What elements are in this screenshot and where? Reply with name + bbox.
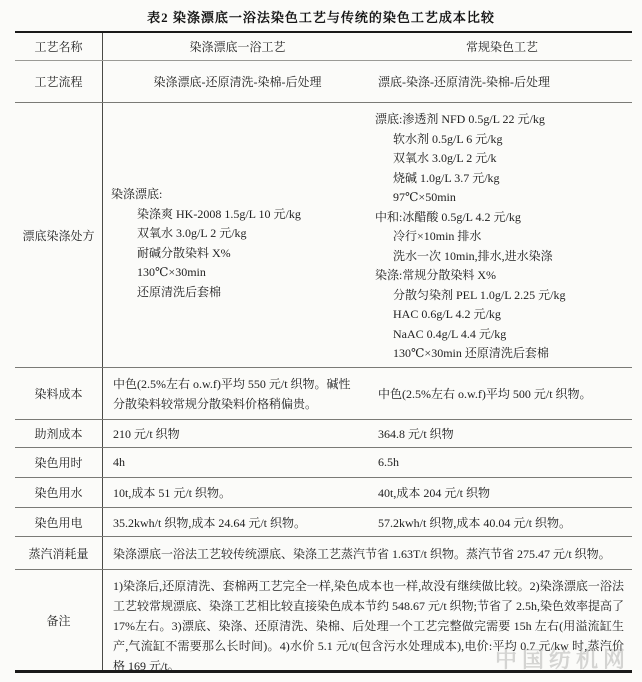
dye-power-conventional: 57.2kwh/t 织物,成本 40.04 元/t 织物。 <box>372 508 632 536</box>
recipe-line: 冷行×10min 排水 <box>375 227 630 247</box>
dye-cost-label: 染料成本 <box>15 368 103 419</box>
recipe-one-bath: 染涤漂底: 染涤爽 HK-2008 1.5g/L 10 元/kg 双氧水 3.0… <box>103 103 372 367</box>
site-watermark: 中国纺机网 <box>495 643 630 674</box>
recipe-line: 还原清洗后套棉 <box>111 283 368 303</box>
header-content: 染涤漂底一浴工艺 常规染色工艺 <box>103 33 632 60</box>
dye-time-conventional: 6.5h <box>372 448 632 477</box>
recipe-line: 软水剂 0.5g/L 6 元/kg <box>375 130 630 150</box>
flow-one-bath: 染涤漂底-还原清洗-染棉-后处理 <box>103 61 372 102</box>
recipe-label: 漂底染涤处方 <box>15 103 103 367</box>
notes-label: 备注 <box>15 570 103 670</box>
row-dye-water: 染色用水 10t,成本 51 元/t 织物。 40t,成本 204 元/t 织物 <box>15 478 632 508</box>
recipe-line: 双氧水 3.0g/L 2 元/k <box>375 149 630 169</box>
table-caption: 表2 染涤漂底一浴法染色工艺与传统的染色工艺成本比较 <box>0 7 642 26</box>
aux-cost-one-bath: 210 元/t 织物 <box>103 420 372 447</box>
table-header-row: 工艺名称 染涤漂底一浴工艺 常规染色工艺 <box>15 33 632 61</box>
recipe-line: 耐碱分散染料 X% <box>111 244 368 264</box>
dye-water-label: 染色用水 <box>15 478 103 507</box>
recipe-conventional: 漂底:渗透剂 NFD 0.5g/L 22 元/kg 软水剂 0.5g/L 6 元… <box>372 103 632 367</box>
recipe-line: 97℃×50min <box>375 188 630 208</box>
row-recipe: 漂底染涤处方 染涤漂底: 染涤爽 HK-2008 1.5g/L 10 元/kg … <box>15 103 632 368</box>
steam-content: 染涤漂底一浴法工艺较传统漂底、染涤工艺蒸汽节省 1.63T/t 织物。蒸汽节省 … <box>103 537 632 569</box>
header-process-name: 工艺名称 <box>15 33 103 60</box>
row-steam: 蒸汽消耗量 染涤漂底一浴法工艺较传统漂底、染涤工艺蒸汽节省 1.63T/t 织物… <box>15 537 632 570</box>
recipe-line: 漂底:渗透剂 NFD 0.5g/L 22 元/kg <box>375 110 630 130</box>
aux-cost-label: 助剂成本 <box>15 420 103 447</box>
aux-cost-conventional: 364.8 元/t 织物 <box>372 420 632 447</box>
header-conventional: 常规染色工艺 <box>372 33 632 60</box>
recipe-line: 130℃×30min <box>111 263 368 283</box>
row-dye-power: 染色用电 35.2kwh/t 织物,成本 24.64 元/t 织物。 57.2k… <box>15 508 632 537</box>
dye-water-content: 10t,成本 51 元/t 织物。 40t,成本 204 元/t 织物 <box>103 478 632 507</box>
recipe-line: 分散匀染剂 PEL 1.0g/L 2.25 元/kg <box>375 286 630 306</box>
aux-cost-content: 210 元/t 织物 364.8 元/t 织物 <box>103 420 632 447</box>
recipe-line: HAC 0.6g/L 4.2 元/kg <box>375 305 630 325</box>
dye-power-content: 35.2kwh/t 织物,成本 24.64 元/t 织物。 57.2kwh/t … <box>103 508 632 536</box>
recipe-line: 中和:冰醋酸 0.5g/L 4.2 元/kg <box>375 208 630 228</box>
recipe-line: 染涤爽 HK-2008 1.5g/L 10 元/kg <box>111 205 368 225</box>
dye-time-content: 4h 6.5h <box>103 448 632 477</box>
dye-cost-content: 中色(2.5%左右 o.w.f)平均 550 元/t 织物。碱性分散染料较常规分… <box>103 368 632 419</box>
recipe-content: 染涤漂底: 染涤爽 HK-2008 1.5g/L 10 元/kg 双氧水 3.0… <box>103 103 632 367</box>
dye-power-label: 染色用电 <box>15 508 103 536</box>
recipe-line: 染涤漂底: <box>111 185 368 205</box>
steam-text: 染涤漂底一浴法工艺较传统漂底、染涤工艺蒸汽节省 1.63T/t 织物。蒸汽节省 … <box>103 545 611 562</box>
header-one-bath: 染涤漂底一浴工艺 <box>103 33 372 60</box>
dye-cost-one-bath: 中色(2.5%左右 o.w.f)平均 550 元/t 织物。碱性分散染料较常规分… <box>103 368 372 419</box>
recipe-line: NaAC 0.4g/L 4.4 元/kg <box>375 325 630 345</box>
flow-label: 工艺流程 <box>15 61 103 102</box>
row-process-flow: 工艺流程 染涤漂底-还原清洗-染棉-后处理 漂底-染涤-还原清洗-染棉-后处理 <box>15 61 632 103</box>
dye-water-conventional: 40t,成本 204 元/t 织物 <box>372 478 632 507</box>
cost-comparison-table: 工艺名称 染涤漂底一浴工艺 常规染色工艺 工艺流程 染涤漂底-还原清洗-染棉-后… <box>15 31 632 673</box>
recipe-line: 烧碱 1.0g/L 3.7 元/kg <box>375 169 630 189</box>
row-aux-cost: 助剂成本 210 元/t 织物 364.8 元/t 织物 <box>15 420 632 448</box>
row-dye-cost: 染料成本 中色(2.5%左右 o.w.f)平均 550 元/t 织物。碱性分散染… <box>15 368 632 420</box>
dye-time-label: 染色用时 <box>15 448 103 477</box>
recipe-line: 染涤:常规分散染料 X% <box>375 266 630 286</box>
flow-content: 染涤漂底-还原清洗-染棉-后处理 漂底-染涤-还原清洗-染棉-后处理 <box>103 61 632 102</box>
recipe-line: 130℃×30min 还原清洗后套棉 <box>375 344 630 364</box>
row-dye-time: 染色用时 4h 6.5h <box>15 448 632 478</box>
dye-power-one-bath: 35.2kwh/t 织物,成本 24.64 元/t 织物。 <box>103 508 372 536</box>
dye-cost-conventional: 中色(2.5%左右 o.w.f)平均 500 元/t 织物。 <box>372 368 632 419</box>
recipe-line: 双氧水 3.0g/L 2 元/kg <box>111 224 368 244</box>
flow-conventional: 漂底-染涤-还原清洗-染棉-后处理 <box>372 61 632 102</box>
recipe-line: 洗水一次 10min,排水,进水染涤 <box>375 247 630 267</box>
dye-time-one-bath: 4h <box>103 448 372 477</box>
dye-water-one-bath: 10t,成本 51 元/t 织物。 <box>103 478 372 507</box>
steam-label: 蒸汽消耗量 <box>15 537 103 569</box>
